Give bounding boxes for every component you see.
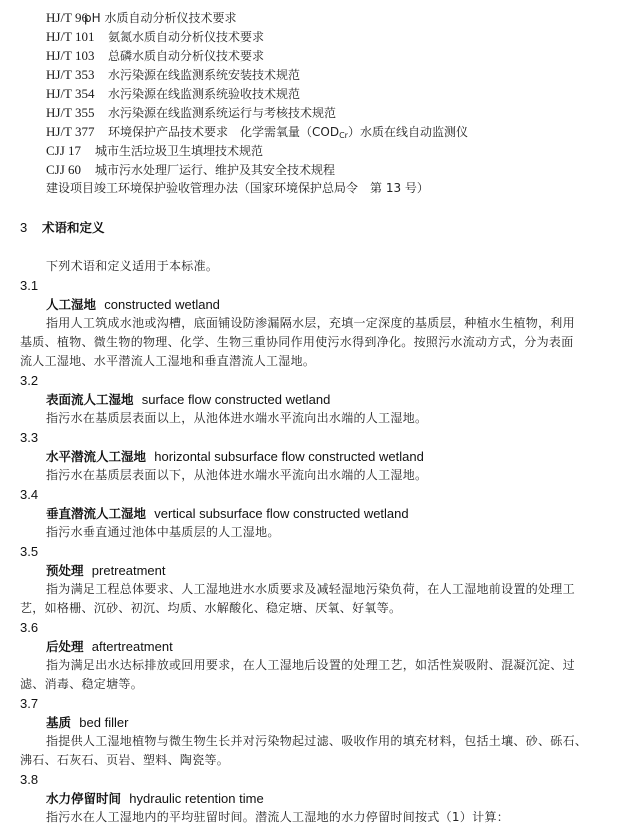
- term-zh: 预处理: [46, 563, 84, 578]
- term-zh: 水平潜流人工湿地: [46, 449, 146, 464]
- reference-item: HJ/T 355水污染源在线监测系统运行与考核技术规范: [46, 103, 336, 123]
- reference-code: HJ/T 355: [46, 103, 108, 122]
- term-definition-line: 艺，如格栅、沉砂、初沉、均质、水解酸化、稳定塘、厌氧、好氧等。: [20, 599, 401, 618]
- term-zh: 基质: [46, 715, 71, 730]
- term-definition-line: 指污水在基质层表面以上，从池体进水端水平流向出水端的人工湿地。: [46, 409, 427, 428]
- reference-title: 水污染源在线监测系统安装技术规范: [108, 68, 300, 82]
- reference-code: HJ/T 101: [46, 27, 108, 46]
- reference-title: 建设项目竣工环境保护验收管理办法（国家环境保护总局令 第 13 号）: [46, 181, 429, 195]
- term-heading: 水平潜流人工湿地 horizontal subsurface flow cons…: [46, 447, 424, 467]
- section-title: 术语和定义: [42, 220, 105, 235]
- term-definition-line: 指为满足工程总体要求、人工湿地进水水质要求及减轻湿地污染负荷，在人工湿地前设置的…: [46, 580, 575, 599]
- term-zh: 水力停留时间: [46, 791, 121, 806]
- term-number: 3.7: [20, 694, 38, 713]
- reference-item: HJ/T 96pH 水质自动分析仪技术要求: [46, 8, 236, 28]
- term-en: aftertreatment: [92, 639, 173, 654]
- term-en: surface flow constructed wetland: [142, 392, 331, 407]
- term-number: 3.1: [20, 276, 38, 295]
- reference-code: HJ/T 96: [46, 8, 84, 27]
- reference-title: 水污染源在线监测系统运行与考核技术规范: [108, 106, 336, 120]
- reference-title: 总磷水质自动分析仪技术要求: [108, 49, 264, 63]
- term-zh: 人工湿地: [46, 297, 96, 312]
- term-definition-line: 指污水在人工湿地内的平均驻留时间。潜流人工湿地的水力停留时间按式（1）计算：: [46, 808, 509, 827]
- reference-code: HJ/T 103: [46, 46, 108, 65]
- term-definition-line: 指污水在基质层表面以下，从池体进水端水平流向出水端的人工湿地。: [46, 466, 427, 485]
- section-heading: 3术语和定义: [20, 218, 105, 238]
- reference-item: CJJ 17城市生活垃圾卫生填埋技术规范: [46, 141, 263, 161]
- reference-title: 环境保护产品技术要求 化学需氧量（CODCr）水质在线自动监测仪: [108, 125, 468, 139]
- reference-item: CJJ 60城市污水处理厂运行、维护及其安全技术规程: [46, 160, 335, 180]
- reference-item: HJ/T 353水污染源在线监测系统安装技术规范: [46, 65, 300, 85]
- term-heading: 预处理 pretreatment: [46, 561, 165, 581]
- reference-code: HJ/T 377: [46, 122, 108, 141]
- term-heading: 水力停留时间 hydraulic retention time: [46, 789, 264, 809]
- term-number: 3.2: [20, 371, 38, 390]
- term-heading: 人工湿地 constructed wetland: [46, 295, 220, 315]
- term-heading: 表面流人工湿地 surface flow constructed wetland: [46, 390, 330, 410]
- term-number: 3.5: [20, 542, 38, 561]
- reference-item: HJ/T 101氨氮水质自动分析仪技术要求: [46, 27, 264, 47]
- reference-title: 城市污水处理厂运行、维护及其安全技术规程: [95, 163, 335, 177]
- section-intro: 下列术语和定义适用于本标准。: [46, 257, 218, 276]
- term-definition-line: 滤、消毒、稳定塘等。: [20, 675, 143, 694]
- term-definition-line: 指为满足出水达标排放或回用要求，在人工湿地后设置的处理工艺，如活性炭吸附、混凝沉…: [46, 656, 575, 675]
- reference-title: 城市生活垃圾卫生填埋技术规范: [95, 144, 263, 158]
- term-definition-line: 指提供人工湿地植物与微生物生长并对污染物起过滤、吸收作用的填充材料，包括土壤、砂…: [46, 732, 587, 751]
- term-definition-line: 基质、植物、微生物的物理、化学、生物三重协同作用使污水得到净化。按照污水流动方式…: [20, 333, 574, 352]
- term-heading: 基质 bed filler: [46, 713, 128, 733]
- term-en: vertical subsurface flow constructed wet…: [154, 506, 408, 521]
- reference-title: pH 水质自动分析仪技术要求: [84, 11, 236, 25]
- term-zh: 垂直潜流人工湿地: [46, 506, 146, 521]
- term-en: constructed wetland: [104, 297, 220, 312]
- reference-title-part: ）水质在线自动监测仪: [348, 125, 468, 139]
- term-en: pretreatment: [92, 563, 166, 578]
- reference-item: 建设项目竣工环境保护验收管理办法（国家环境保护总局令 第 13 号）: [46, 179, 429, 198]
- reference-title: 水污染源在线监测系统验收技术规范: [108, 87, 300, 101]
- reference-title-part: 环境保护产品技术要求 化学需氧量（COD: [108, 125, 339, 139]
- term-definition-line: 流人工湿地、水平潜流人工湿地和垂直潜流人工湿地。: [20, 352, 315, 371]
- reference-code: CJJ 60: [46, 160, 95, 179]
- document-page: HJ/T 96pH 水质自动分析仪技术要求 HJ/T 101氨氮水质自动分析仪技…: [0, 0, 636, 831]
- reference-item: HJ/T 103总磷水质自动分析仪技术要求: [46, 46, 264, 66]
- reference-code: CJJ 17: [46, 141, 95, 160]
- term-number: 3.6: [20, 618, 38, 637]
- term-number: 3.3: [20, 428, 38, 447]
- term-en: horizontal subsurface flow constructed w…: [154, 449, 424, 464]
- term-definition-line: 沸石、石灰石、页岩、塑料、陶瓷等。: [20, 751, 229, 770]
- term-zh: 表面流人工湿地: [46, 392, 134, 407]
- term-number: 3.4: [20, 485, 38, 504]
- term-number: 3.8: [20, 770, 38, 789]
- section-number: 3: [20, 218, 42, 237]
- term-definition-line: 指污水垂直通过池体中基质层的人工湿地。: [46, 523, 280, 542]
- term-en: hydraulic retention time: [129, 791, 263, 806]
- term-definition-line: 指用人工筑成水池或沟槽，底面铺设防渗漏隔水层，充填一定深度的基质层，种植水生植物…: [46, 314, 575, 333]
- reference-item: HJ/T 354水污染源在线监测系统验收技术规范: [46, 84, 300, 104]
- reference-code: HJ/T 354: [46, 84, 108, 103]
- reference-code: HJ/T 353: [46, 65, 108, 84]
- term-heading: 垂直潜流人工湿地 vertical subsurface flow constr…: [46, 504, 409, 524]
- subscript: Cr: [339, 131, 348, 140]
- term-zh: 后处理: [46, 639, 84, 654]
- reference-title: 氨氮水质自动分析仪技术要求: [108, 30, 264, 44]
- term-heading: 后处理 aftertreatment: [46, 637, 173, 657]
- term-en: bed filler: [79, 715, 128, 730]
